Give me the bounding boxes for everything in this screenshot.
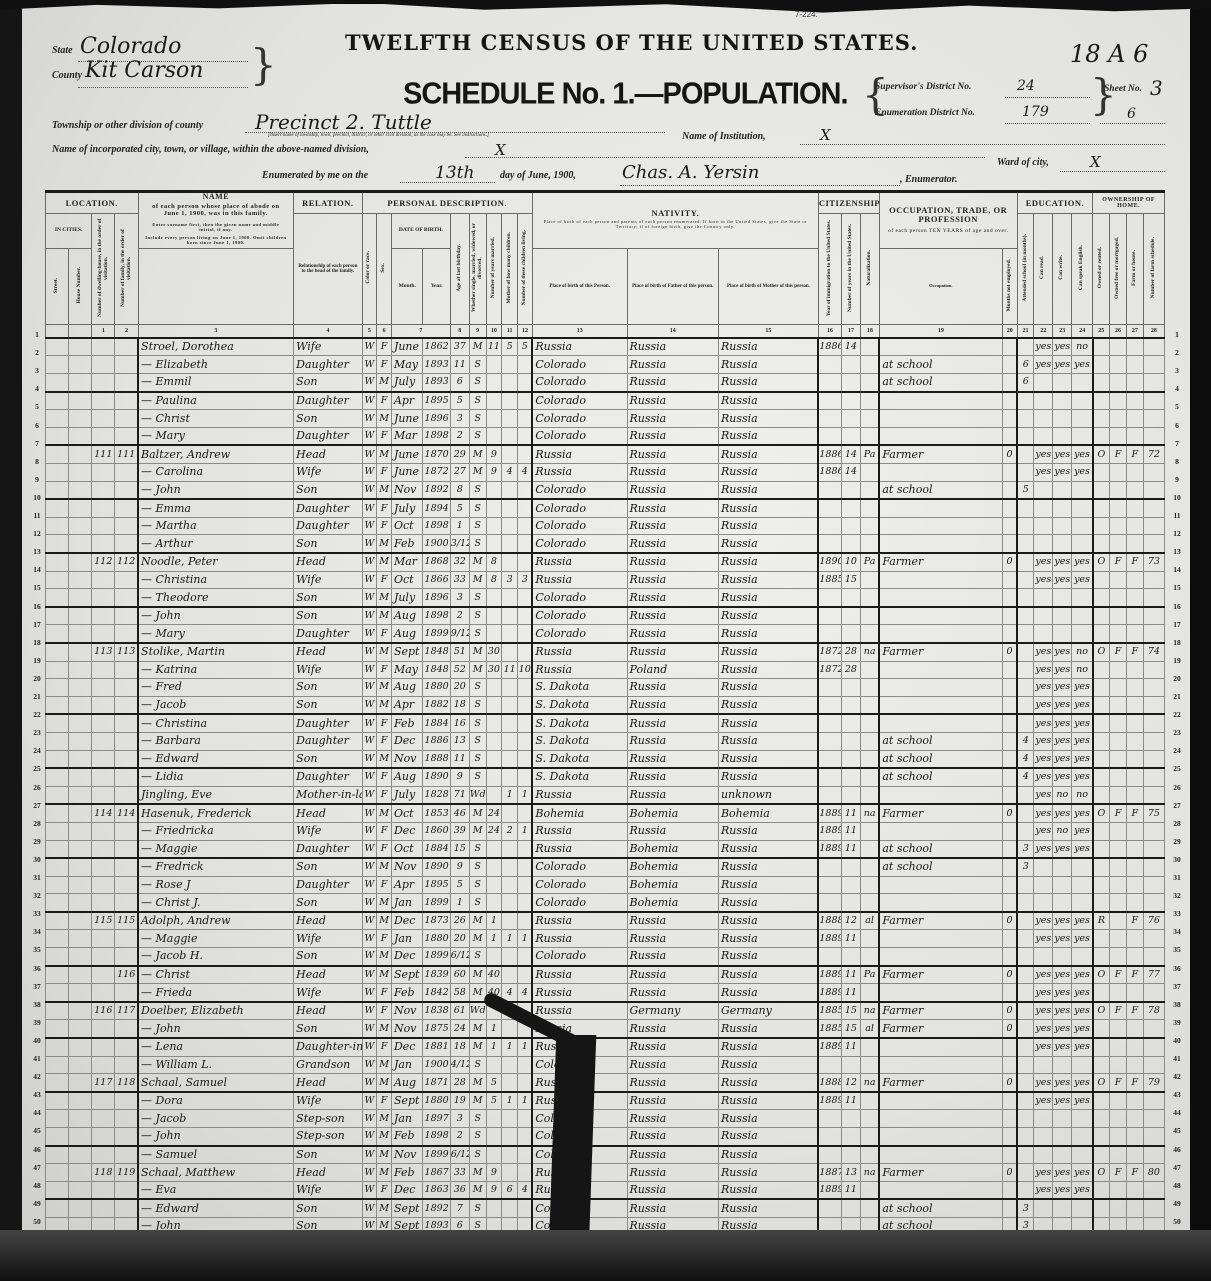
months-unemployed-cell — [1002, 840, 1017, 858]
line-number: 16 — [1165, 602, 1189, 611]
family-number-cell — [115, 338, 138, 356]
house-cell — [69, 356, 92, 374]
dwelling-number-cell — [92, 786, 115, 804]
children-living-cell — [518, 696, 533, 714]
years-married-cell: 8 — [486, 571, 502, 589]
street-cell — [46, 464, 69, 482]
house-cell — [69, 1146, 92, 1164]
person-name-cell: — Jacob — [138, 696, 294, 714]
relation-cell: Head — [294, 553, 362, 571]
relation-cell: Daughter — [294, 714, 362, 732]
speaks-english-cell — [1072, 1110, 1093, 1128]
father-birthplace-cell: Russia — [627, 392, 718, 410]
dwelling-number-cell — [92, 607, 115, 625]
family-number-cell — [115, 732, 138, 750]
col-name-instr — [138, 248, 294, 324]
col-can-speak-english: Can speak English. — [1072, 214, 1093, 325]
free-mortgaged-cell — [1110, 930, 1127, 948]
children-living-cell — [518, 481, 533, 499]
sheet-stamp: 18 A 6 — [1070, 40, 1148, 68]
personal-description-header: PERSONAL DESCRIPTION. — [362, 192, 532, 214]
age-cell: 2 — [450, 1128, 469, 1146]
person-name-cell: — Maggie — [138, 840, 294, 858]
free-mortgaged-cell — [1110, 876, 1127, 894]
months-unemployed-cell — [1002, 858, 1017, 876]
children-living-cell — [518, 535, 533, 553]
owned-rented-cell — [1093, 1038, 1110, 1056]
children-born-cell — [502, 625, 518, 643]
naturalization-cell — [860, 661, 879, 679]
color-cell: W — [362, 589, 377, 607]
marital-status-cell: S — [469, 1128, 486, 1146]
dwelling-number-cell: 117 — [92, 1074, 115, 1092]
speaks-english-cell — [1072, 517, 1093, 535]
birth-year-cell: 1899 — [423, 948, 450, 966]
line-number: 12 — [1165, 529, 1189, 538]
line-number: 29 — [1165, 837, 1189, 846]
col-attended-school: Attended school (in months). — [1017, 214, 1034, 325]
children-living-cell — [518, 1110, 533, 1128]
naturalization-cell — [860, 679, 879, 697]
school-months-cell — [1017, 571, 1034, 589]
naturalization-cell — [860, 356, 879, 374]
farm-schedule-cell: 73 — [1143, 553, 1164, 571]
mother-birthplace-cell: Russia — [718, 1146, 818, 1164]
street-cell — [46, 696, 69, 714]
can-write-cell — [1053, 589, 1072, 607]
birth-year-cell: 1875 — [423, 1020, 450, 1038]
months-unemployed-cell — [1002, 1128, 1017, 1146]
line-number-left: 42 — [30, 1072, 44, 1081]
free-mortgaged-cell — [1110, 625, 1127, 643]
marital-status-cell: S — [469, 894, 486, 912]
owned-rented-cell: O — [1093, 1164, 1110, 1182]
birthplace-cell: Colorado — [532, 894, 627, 912]
school-months-cell — [1017, 696, 1034, 714]
birthplace-cell: Colorado — [532, 607, 627, 625]
marital-status-cell: S — [469, 392, 486, 410]
street-cell — [46, 517, 69, 535]
line-number-left: 29 — [30, 837, 44, 846]
children-living-cell — [518, 1074, 533, 1092]
birth-month-cell: Sept — [391, 1092, 423, 1110]
father-birthplace-cell: Russia — [627, 1164, 718, 1182]
house-cell — [69, 535, 92, 553]
years-married-cell — [486, 876, 502, 894]
can-read-cell: yes — [1034, 679, 1053, 697]
location-header: LOCATION. — [46, 192, 139, 214]
months-unemployed-cell — [1002, 374, 1017, 392]
marital-status-cell: M — [469, 966, 486, 984]
sheet-underline — [1100, 122, 1165, 124]
table-row: — Rose JDaughterWFApr18955SColoradoBohem… — [46, 876, 1165, 894]
family-number-cell — [115, 356, 138, 374]
speaks-english-cell: yes — [1072, 912, 1093, 930]
marital-status-cell: M — [469, 661, 486, 679]
family-number-cell — [115, 768, 138, 786]
farm-house-cell — [1126, 679, 1143, 697]
speaks-english-cell — [1072, 625, 1093, 643]
person-name-cell: — Friedricka — [138, 822, 294, 840]
table-row: — ArthurSonWMFeb19003/12SColoradoRussiaR… — [46, 535, 1165, 553]
table-row: — FredSonWMAug188020SS. DakotaRussiaRuss… — [46, 679, 1165, 697]
school-months-cell — [1017, 1146, 1034, 1164]
immigration-year-cell: 1888 — [818, 912, 841, 930]
father-birthplace-cell: Russia — [627, 374, 718, 392]
mother-birthplace-cell: Bohemia — [718, 804, 818, 822]
immigration-year-cell — [818, 410, 841, 428]
free-mortgaged-cell — [1110, 481, 1127, 499]
naturalization-cell — [860, 481, 879, 499]
school-months-cell: 4 — [1017, 768, 1034, 786]
marital-status-cell: M — [469, 912, 486, 930]
color-cell: W — [362, 1199, 377, 1217]
occupation-cell — [879, 410, 1002, 428]
birthplace-cell: S. Dakota — [532, 714, 627, 732]
family-number-cell — [115, 858, 138, 876]
can-write-cell: no — [1053, 822, 1072, 840]
birth-year-cell: 1853 — [423, 804, 450, 822]
farm-house-cell — [1126, 750, 1143, 768]
street-cell — [46, 643, 69, 661]
relation-cell: Daughter — [294, 392, 362, 410]
months-unemployed-cell — [1002, 1038, 1017, 1056]
birth-month-cell: July — [391, 499, 423, 517]
owned-rented-cell — [1093, 750, 1110, 768]
free-mortgaged-cell — [1110, 535, 1127, 553]
col-year: Year. — [423, 248, 450, 324]
person-name-cell: — Christ — [138, 966, 294, 984]
relation-cell: Daughter — [294, 840, 362, 858]
dwelling-number-cell — [92, 499, 115, 517]
birth-month-cell: Aug — [391, 625, 423, 643]
sex-cell: F — [377, 625, 392, 643]
children-born-cell — [502, 517, 518, 535]
birth-year-cell: 1838 — [423, 1002, 450, 1020]
birth-month-cell: July — [391, 786, 423, 804]
house-cell — [69, 858, 92, 876]
speaks-english-cell: yes — [1072, 822, 1093, 840]
birth-year-cell: 1880 — [423, 1092, 450, 1110]
color-cell: W — [362, 750, 377, 768]
immigration-year-cell — [818, 356, 841, 374]
age-cell: 6/12 — [450, 948, 469, 966]
col-months-unemployed: Months not employed. — [1002, 248, 1017, 324]
occupation-cell: Farmer — [879, 643, 1002, 661]
marital-status-cell: M — [469, 464, 486, 482]
owned-rented-cell — [1093, 589, 1110, 607]
school-months-cell — [1017, 894, 1034, 912]
naturalization-cell — [860, 589, 879, 607]
speaks-english-cell — [1072, 1056, 1093, 1074]
children-living-cell: 4 — [518, 984, 533, 1002]
occupation-cell: at school — [879, 750, 1002, 768]
street-cell — [46, 607, 69, 625]
birthplace-cell: Russia — [532, 1002, 627, 1020]
birth-month-cell: Aug — [391, 607, 423, 625]
can-write-cell: yes — [1053, 464, 1072, 482]
farm-house-cell — [1126, 517, 1143, 535]
line-number-left: 19 — [30, 656, 44, 665]
naturalization-cell: na — [860, 1002, 879, 1020]
street-cell — [46, 338, 69, 356]
relation-cell: Step-son — [294, 1110, 362, 1128]
dwelling-number-cell — [92, 768, 115, 786]
months-unemployed-cell: 0 — [1002, 966, 1017, 984]
mother-birthplace-cell: Russia — [718, 464, 818, 482]
farm-house-cell — [1126, 338, 1143, 356]
years-married-cell: 40 — [486, 966, 502, 984]
farm-schedule-cell — [1143, 840, 1164, 858]
family-number-cell — [115, 374, 138, 392]
immigration-year-cell — [818, 481, 841, 499]
table-row: 111111Baltzer, AndrewHeadWMJune187029M9R… — [46, 445, 1165, 463]
father-birthplace-cell: Russia — [627, 1181, 718, 1199]
farm-schedule-cell: 78 — [1143, 1002, 1164, 1020]
naturalization-cell — [860, 1110, 879, 1128]
line-number: 2 — [1165, 348, 1189, 357]
can-read-cell: yes — [1034, 822, 1053, 840]
person-name-cell: — Christ — [138, 410, 294, 428]
birth-month-cell: Dec — [391, 948, 423, 966]
relation-cell: Daughter — [294, 427, 362, 445]
colnum: 15 — [718, 324, 818, 338]
can-write-cell: yes — [1053, 930, 1072, 948]
children-born-cell — [502, 732, 518, 750]
can-write-cell — [1053, 1056, 1072, 1074]
color-cell: W — [362, 822, 377, 840]
birth-month-cell: Sept — [391, 643, 423, 661]
line-number-left: 1 — [30, 330, 44, 339]
birth-year-cell: 1872 — [423, 464, 450, 482]
school-months-cell — [1017, 822, 1034, 840]
naturalization-cell — [860, 696, 879, 714]
marital-status-cell: M — [469, 1164, 486, 1182]
enumerated-prefix: Enumerated by me on the — [262, 170, 368, 181]
school-months-cell: 6 — [1017, 374, 1034, 392]
person-name-cell: — Christ J. — [138, 894, 294, 912]
immigration-year-cell: 1889 — [818, 1181, 841, 1199]
years-married-cell: 30 — [486, 643, 502, 661]
house-cell — [69, 427, 92, 445]
father-birthplace-cell: Bohemia — [627, 858, 718, 876]
marital-status-cell: M — [469, 1038, 486, 1056]
can-write-cell — [1053, 894, 1072, 912]
years-in-us-cell — [841, 786, 860, 804]
relation-cell: Wife — [294, 1181, 362, 1199]
speaks-english-cell: no — [1072, 643, 1093, 661]
children-born-cell — [502, 768, 518, 786]
can-write-cell: yes — [1053, 1092, 1072, 1110]
months-unemployed-cell — [1002, 714, 1017, 732]
occupation-cell — [879, 464, 1002, 482]
speaks-english-cell: yes — [1072, 1038, 1093, 1056]
sex-cell: F — [377, 768, 392, 786]
can-read-cell — [1034, 894, 1053, 912]
person-name-cell: — Katrina — [138, 661, 294, 679]
can-write-cell: yes — [1053, 912, 1072, 930]
color-cell: W — [362, 661, 377, 679]
color-cell: W — [362, 966, 377, 984]
census-title: TWELFTH CENSUS OF THE UNITED STATES. — [345, 30, 918, 55]
free-mortgaged-cell — [1110, 1146, 1127, 1164]
years-in-us-cell — [841, 768, 860, 786]
speaks-english-cell: yes — [1072, 1181, 1093, 1199]
speaks-english-cell — [1072, 894, 1093, 912]
state-value: Colorado — [80, 34, 181, 59]
years-in-us-cell — [841, 499, 860, 517]
children-living-cell: 1 — [518, 930, 533, 948]
farm-house-cell — [1126, 625, 1143, 643]
color-cell: W — [362, 1181, 377, 1199]
immigration-year-cell: 1890 — [818, 553, 841, 571]
occupation-cell: Farmer — [879, 1074, 1002, 1092]
house-cell — [69, 589, 92, 607]
dwelling-number-cell — [92, 1056, 115, 1074]
age-cell: 27 — [450, 464, 469, 482]
children-born-cell — [502, 481, 518, 499]
occupation-cell — [879, 1128, 1002, 1146]
farm-schedule-cell — [1143, 517, 1164, 535]
house-cell — [69, 1020, 92, 1038]
colnum: 11 — [502, 324, 518, 338]
table-row: — Jacob H.SonWMDec18996/12SColoradoRussi… — [46, 948, 1165, 966]
months-unemployed-cell — [1002, 930, 1017, 948]
marital-status-cell: M — [469, 822, 486, 840]
house-cell — [69, 1164, 92, 1182]
school-months-cell — [1017, 607, 1034, 625]
owned-rented-cell — [1093, 786, 1110, 804]
farm-schedule-cell — [1143, 876, 1164, 894]
occupation-cell — [879, 338, 1002, 356]
mother-birthplace-cell: Russia — [718, 427, 818, 445]
father-birthplace-cell: Russia — [627, 1074, 718, 1092]
color-cell: W — [362, 356, 377, 374]
sex-cell: F — [377, 661, 392, 679]
occupation-cell — [879, 1056, 1002, 1074]
father-birthplace-cell: Germany — [627, 1002, 718, 1020]
mother-birthplace-cell: Russia — [718, 1092, 818, 1110]
table-row: — FriedaWifeWFFeb184258M4044RussiaRussia… — [46, 984, 1165, 1002]
line-number: 20 — [1165, 674, 1189, 683]
family-number-cell — [115, 1128, 138, 1146]
school-months-cell — [1017, 553, 1034, 571]
can-write-cell: yes — [1053, 804, 1072, 822]
father-birthplace-cell: Russia — [627, 338, 718, 356]
years-married-cell — [486, 786, 502, 804]
occupation-cell — [879, 1181, 1002, 1199]
school-months-cell — [1017, 1128, 1034, 1146]
months-unemployed-cell — [1002, 679, 1017, 697]
color-cell: W — [362, 1110, 377, 1128]
sex-cell: M — [377, 912, 392, 930]
can-read-cell — [1034, 410, 1053, 428]
line-number: 14 — [1165, 565, 1189, 574]
family-number-cell — [115, 1056, 138, 1074]
mother-birthplace-cell: Russia — [718, 1181, 818, 1199]
naturalization-cell — [860, 1128, 879, 1146]
occupation-cell: Farmer — [879, 1164, 1002, 1182]
birth-month-cell: Sept — [391, 966, 423, 984]
years-married-cell — [486, 1128, 502, 1146]
person-name-cell: — Emma — [138, 499, 294, 517]
birthplace-cell: Russia — [532, 822, 627, 840]
father-birthplace-cell: Russia — [627, 984, 718, 1002]
months-unemployed-cell — [1002, 894, 1017, 912]
children-living-cell — [518, 1146, 533, 1164]
owned-rented-cell — [1093, 625, 1110, 643]
enumeration-underline — [1005, 122, 1090, 124]
speaks-english-cell — [1072, 392, 1093, 410]
dwelling-number-cell — [92, 822, 115, 840]
supervisor-value: 24 — [1017, 78, 1035, 94]
years-married-cell — [486, 517, 502, 535]
table-row: 115115Adolph, AndrewHeadWMDec187326M1Rus… — [46, 912, 1165, 930]
table-row: — LidiaDaughterWFAug18909SS. DakotaRussi… — [46, 768, 1165, 786]
age-cell: 19 — [450, 1092, 469, 1110]
naturalization-cell — [860, 427, 879, 445]
table-row: — TheodoreSonWMJuly18963SColoradoRussiaR… — [46, 589, 1165, 607]
birthplace-cell: S. Dakota — [532, 732, 627, 750]
sex-cell: F — [377, 499, 392, 517]
line-number-left: 11 — [30, 511, 44, 520]
owned-rented-cell — [1093, 894, 1110, 912]
children-living-cell — [518, 625, 533, 643]
relation-cell: Head — [294, 966, 362, 984]
farm-house-cell: F — [1126, 912, 1143, 930]
farm-house-cell: F — [1126, 804, 1143, 822]
house-cell — [69, 392, 92, 410]
col-years-married: Number of years married. — [486, 214, 502, 325]
children-living-cell: 3 — [518, 571, 533, 589]
family-number-cell — [115, 410, 138, 428]
children-living-cell — [518, 607, 533, 625]
enumerated-day: 13th — [435, 163, 474, 183]
col-free-mortgaged: Owned free or mortgaged. — [1110, 214, 1127, 325]
occupation-cell: Farmer — [879, 1002, 1002, 1020]
house-cell — [69, 732, 92, 750]
owned-rented-cell — [1093, 338, 1110, 356]
farm-schedule-cell — [1143, 984, 1164, 1002]
can-write-cell: yes — [1053, 1002, 1072, 1020]
street-cell — [46, 858, 69, 876]
naturalization-cell — [860, 464, 879, 482]
age-cell: 9/12 — [450, 625, 469, 643]
col-family-number: Number of family, in the order of visita… — [115, 214, 138, 325]
street-cell — [46, 392, 69, 410]
months-unemployed-cell — [1002, 876, 1017, 894]
census-rows: Stroel, DorotheaWifeWFJune186237M1155Rus… — [46, 338, 1165, 1235]
line-number: 32 — [1165, 891, 1189, 900]
owned-rented-cell — [1093, 1020, 1110, 1038]
children-living-cell — [518, 1199, 533, 1217]
line-number: 21 — [1165, 692, 1189, 701]
population-schedule-table: LOCATION. NAME of each person whose plac… — [45, 190, 1165, 1236]
line-number: 19 — [1165, 656, 1189, 665]
occupation-cell — [879, 930, 1002, 948]
mother-birthplace-cell: Russia — [718, 876, 818, 894]
relation-cell: Wife — [294, 571, 362, 589]
months-unemployed-cell — [1002, 625, 1017, 643]
farm-schedule-cell — [1143, 1038, 1164, 1056]
occupation-cell — [879, 427, 1002, 445]
table-row: — ChristinaWifeWFOct186633M833RussiaRuss… — [46, 571, 1165, 589]
farm-house-cell — [1126, 696, 1143, 714]
free-mortgaged-cell — [1110, 912, 1127, 930]
dwelling-number-cell: 115 — [92, 912, 115, 930]
farm-house-cell — [1126, 1056, 1143, 1074]
table-row: — JohnSonWMNov18928SColoradoRussiaRussia… — [46, 481, 1165, 499]
